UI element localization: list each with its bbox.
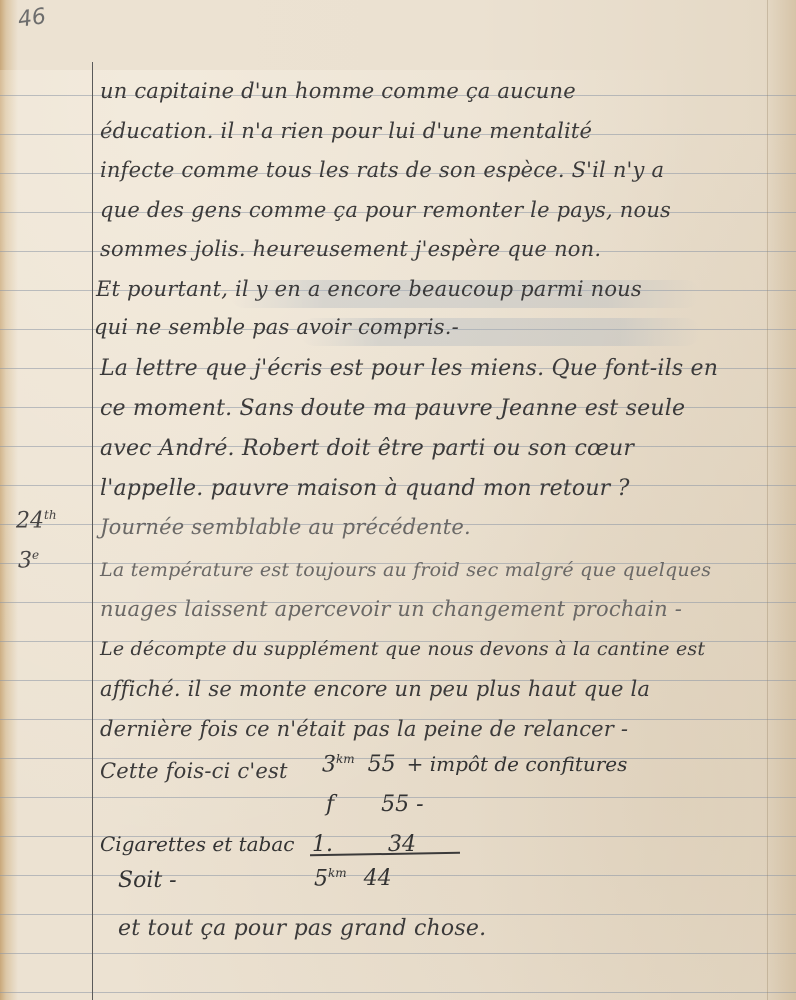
- top-margin: [0, 0, 796, 70]
- margin-date-24th: 24th: [16, 508, 57, 533]
- margin-date-3e: 3e: [18, 548, 39, 573]
- calc-cents: 44: [364, 866, 392, 891]
- text-line: Cette fois-ci c'est: [100, 756, 288, 786]
- calc-line-2: f 55 -: [326, 792, 424, 817]
- text-line: sommes jolis. heureusement j'espère que …: [100, 234, 601, 264]
- text-line: un capitaine d'un homme comme ça aucune: [100, 76, 576, 106]
- notebook-page: 46 24th 3e un capitaine d'un homme comme…: [0, 0, 796, 1000]
- closing-line: et tout ça pour pas grand chose.: [118, 914, 486, 944]
- calc-line-4: 5km 44: [314, 866, 392, 891]
- text-line: qui ne semble pas avoir compris.-: [94, 312, 459, 342]
- calc-prefix: f: [326, 792, 334, 817]
- calc-unit: km: [328, 866, 347, 880]
- text-line: éducation. il n'a rien pour lui d'une me…: [100, 116, 592, 146]
- text-line: l'appelle. pauvre maison à quand mon ret…: [100, 474, 630, 504]
- margin-date-number: 24: [16, 508, 44, 533]
- calc-note: + impôt de confitures: [407, 752, 628, 776]
- text-line: affiché. il se monte encore un peu plus …: [100, 674, 650, 704]
- text-line: avec André. Robert doit être parti ou so…: [100, 434, 634, 464]
- text-line: ce moment. Sans doute ma pauvre Jeanne e…: [100, 394, 685, 424]
- text-line: Et pourtant, il y en a encore beaucoup p…: [96, 274, 642, 304]
- text-line: dernière fois ce n'était pas la peine de…: [100, 714, 628, 744]
- calc-amount: 5: [314, 866, 328, 891]
- calc-line-3-label: Cigarettes et tabac: [100, 832, 294, 856]
- text-line: nuages laissent apercevoir un changement…: [100, 594, 682, 624]
- text-line: La température est toujours au froid sec…: [100, 555, 711, 585]
- text-line: Journée semblable au précédente.: [100, 512, 471, 542]
- margin-date-number: 3: [18, 548, 32, 573]
- text-line: Le décompte du supplément que nous devon…: [100, 634, 705, 664]
- margin-date-suffix: e: [32, 548, 39, 562]
- calc-line-4-label: Soit -: [118, 868, 177, 893]
- margin-rule: [92, 62, 93, 1000]
- page-number: 46: [16, 4, 47, 33]
- text-line: La lettre que j'écris est pour les miens…: [100, 354, 718, 384]
- calc-unit: km: [336, 752, 355, 766]
- calc-amount: 3: [322, 752, 336, 777]
- page-fold: [767, 0, 768, 1000]
- text-line: que des gens comme ça pour remonter le p…: [100, 195, 671, 225]
- calc-cents: 55 -: [381, 792, 423, 817]
- text-line: infecte comme tous les rats de son espèc…: [100, 155, 664, 185]
- margin-date-suffix: th: [44, 508, 57, 522]
- calc-cents: 55: [368, 752, 396, 777]
- calc-line-1: 3km 55 + impôt de confitures: [322, 752, 627, 777]
